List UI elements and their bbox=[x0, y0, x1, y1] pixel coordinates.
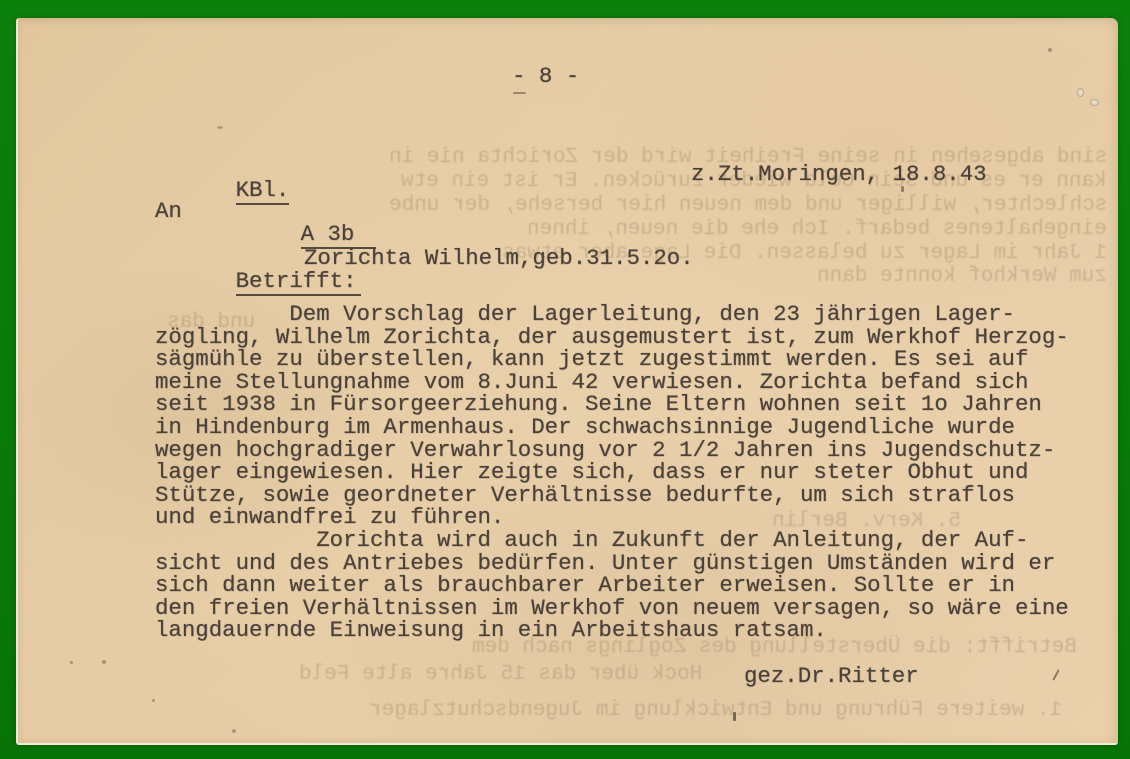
signature-line: gez.Dr.Ritter bbox=[744, 665, 919, 688]
addressee-label: An bbox=[155, 200, 182, 223]
paper-speck bbox=[70, 661, 73, 664]
paper-speck bbox=[102, 660, 106, 664]
body-paragraph-1: Dem Vorschlag der Lagerleitung, den 23 j… bbox=[155, 303, 1069, 529]
place-date-line: z.Zt.Moringen, 18.8.43 bbox=[691, 163, 987, 186]
comma-artifact bbox=[901, 186, 904, 192]
pen-slash-mark bbox=[1052, 669, 1059, 681]
bleedthrough-line: 1. weitere Führung und Entwicklung im Ju… bbox=[369, 699, 1062, 722]
bleedthrough-line: eingehaltenes bedarf. Ich ehe die neuen,… bbox=[527, 218, 1107, 241]
bleedthrough-line: zum Werkhof konnte dann bbox=[817, 265, 1107, 288]
paper-speck bbox=[1048, 48, 1052, 52]
underline-artifact bbox=[513, 92, 526, 94]
page-number: - 8 - bbox=[512, 65, 579, 88]
subject-value: Zorichta Wilhelm,geb.31.5.2o. bbox=[304, 247, 694, 270]
paper-speck bbox=[217, 126, 223, 129]
pen-tick-mark bbox=[733, 712, 736, 721]
paper-speck bbox=[232, 729, 236, 733]
paper-hole-mark bbox=[1090, 99, 1099, 106]
scanner-background: sind abgesehen in seine Freiheit wird de… bbox=[0, 0, 1130, 759]
bleedthrough-line: schlechter, williger und dem neuen hier … bbox=[389, 194, 1107, 217]
paper-speck bbox=[152, 699, 155, 702]
body-paragraph-2: Zorichta wird auch in Zukunft der Anleit… bbox=[155, 529, 1069, 642]
document-page: sind abgesehen in seine Freiheit wird de… bbox=[16, 18, 1118, 745]
subject-label-text: Betrifft: bbox=[236, 268, 361, 296]
paper-hole-mark bbox=[1077, 88, 1084, 97]
bleedthrough-line: Hock über das 15 Jahre alte Feld bbox=[299, 663, 702, 686]
